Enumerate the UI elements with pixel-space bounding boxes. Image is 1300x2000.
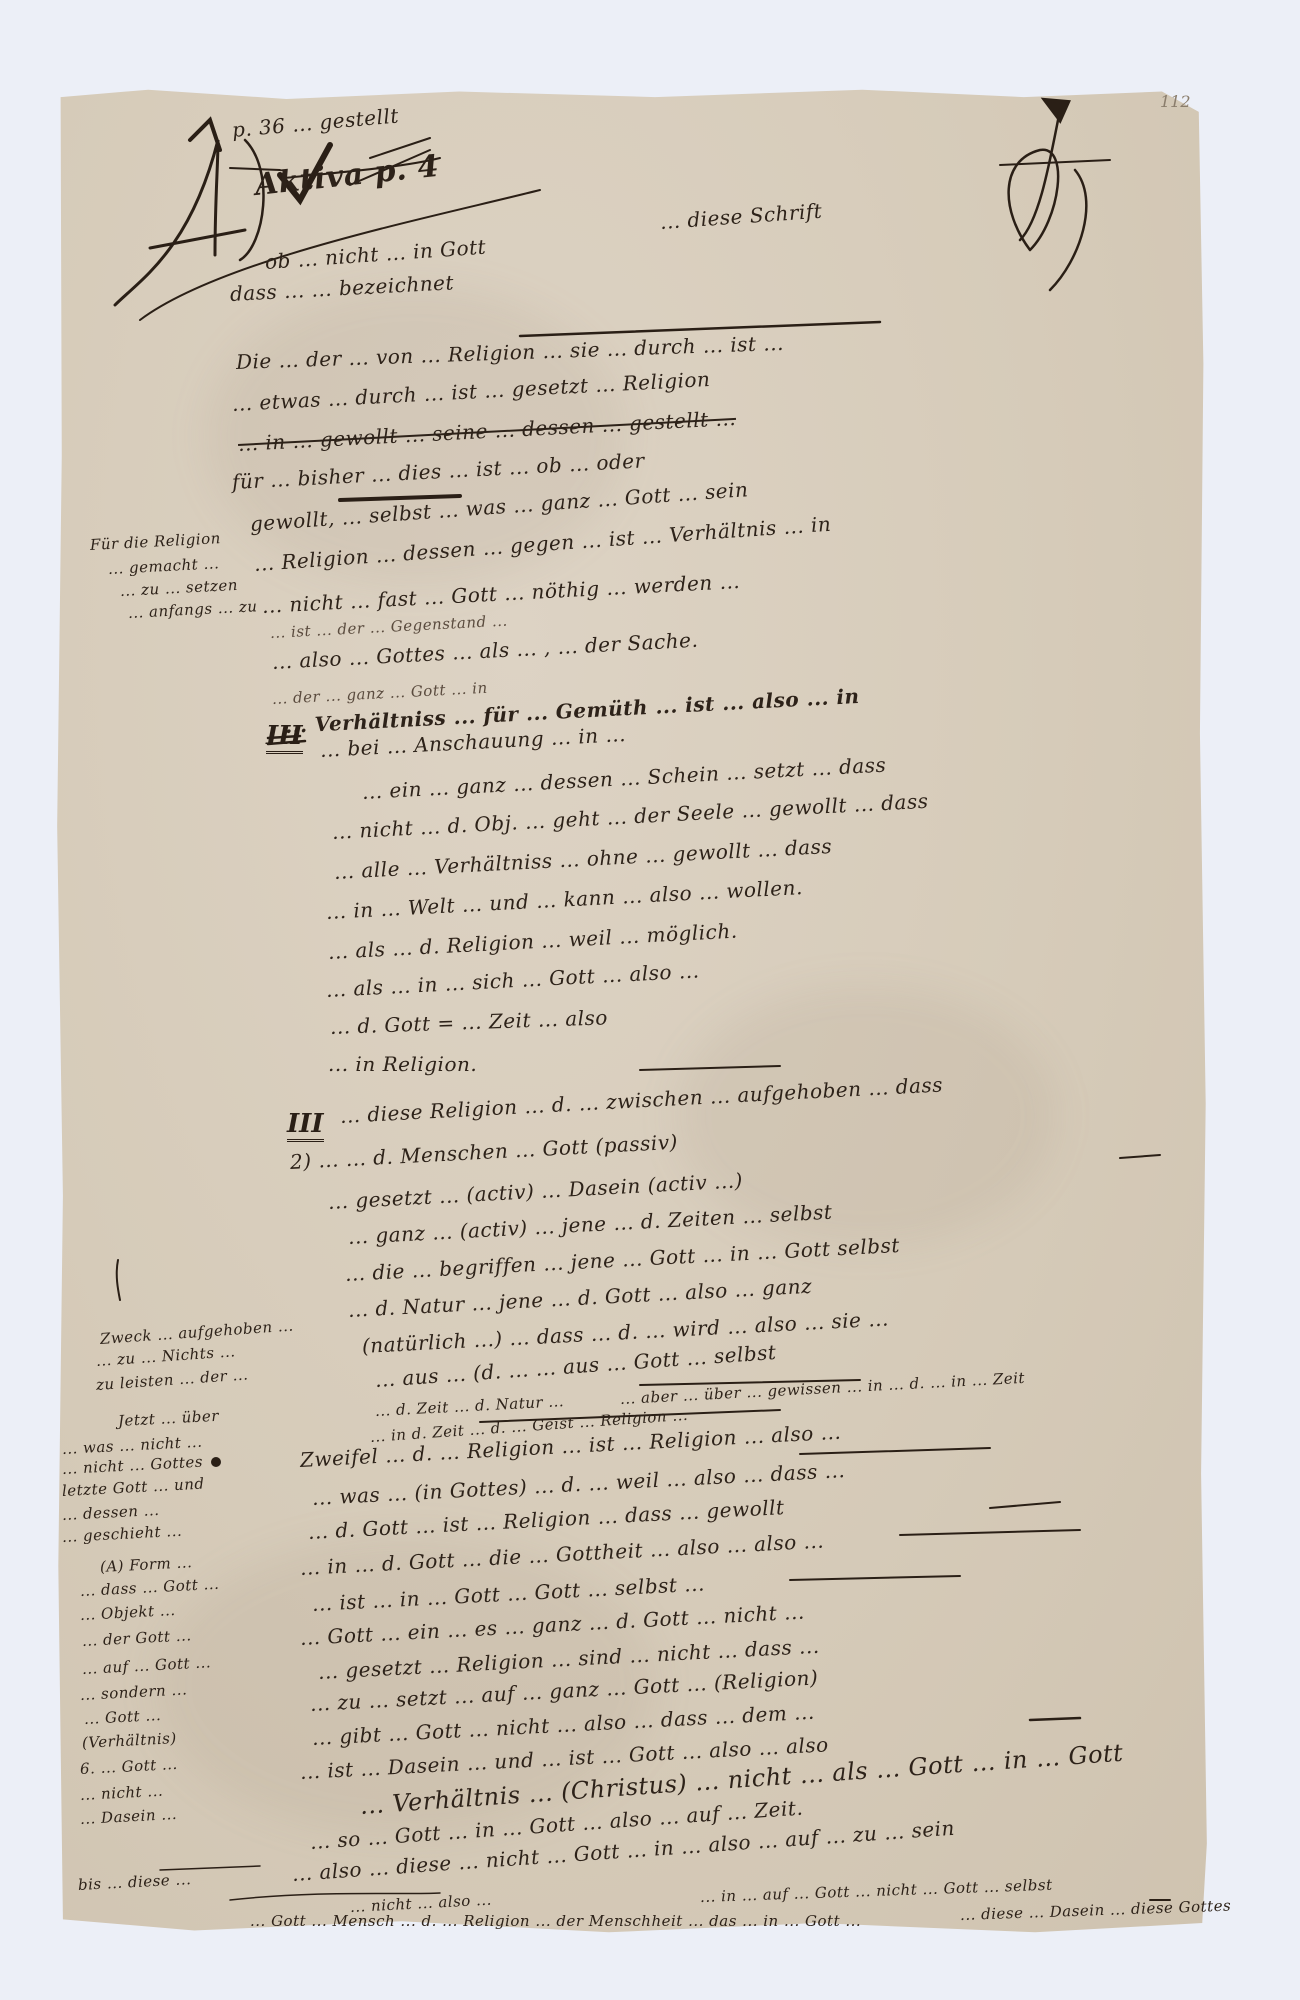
- section-III-line: ... Gott ... Mensch ... d. ... Religion …: [250, 1912, 861, 1930]
- page-number: 112: [1160, 92, 1191, 111]
- section-marker-III-second: III: [287, 1110, 324, 1142]
- section-marker-III: III: [266, 722, 303, 754]
- body-line: ... in Religion.: [328, 1052, 477, 1076]
